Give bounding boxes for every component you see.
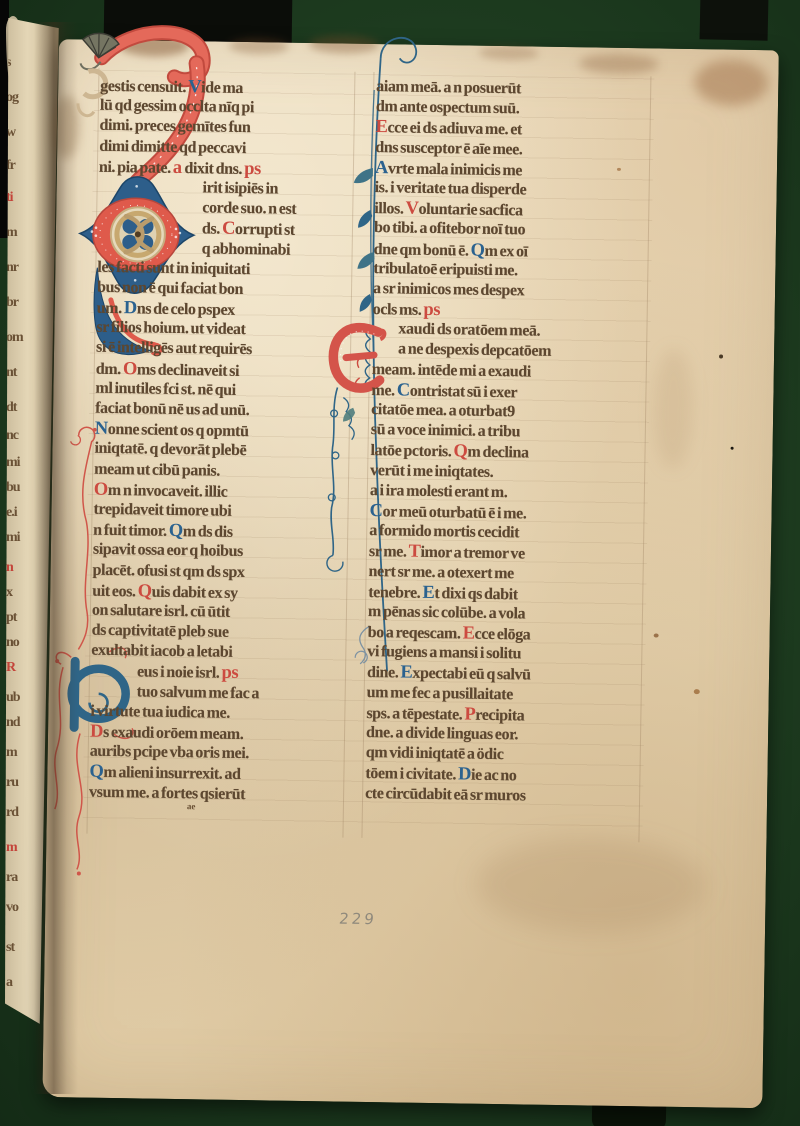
rubric-initial: ps xyxy=(244,159,261,179)
facing-page-text-fragment: pt xyxy=(6,610,16,626)
stain xyxy=(578,53,658,74)
rubric-initial: V xyxy=(405,199,418,219)
line-text: vrte mala inimicis me xyxy=(388,160,522,179)
line-text: ms declinaveit si xyxy=(137,361,239,380)
line-text: is. i veritate tua disperde xyxy=(375,179,527,198)
line-text: ns de celo pspex xyxy=(137,300,235,319)
line-text: dimi. preces gemītes fun xyxy=(99,117,250,136)
facing-page-text-fragment: m xyxy=(6,745,17,761)
catchword: ae xyxy=(187,801,196,811)
line-text: eus i noie isrl. xyxy=(137,664,222,682)
scanner-gap-top-right xyxy=(700,0,769,41)
facing-page-text-fragment: no xyxy=(6,635,19,651)
facing-page-text-fragment: om xyxy=(6,330,23,346)
facing-page-text-fragment: n xyxy=(6,560,13,576)
rubric-initial: Q xyxy=(89,762,103,782)
text-line: ni. pia pate. a dixit dns. ps xyxy=(99,156,355,180)
rubric-initial: C xyxy=(397,380,410,400)
speck xyxy=(694,689,700,694)
line-text: sps. a tēpestate. xyxy=(366,705,464,724)
line-text: ds. xyxy=(202,221,222,238)
stain xyxy=(652,348,694,469)
line-text: m pēnas sic colūbe. a vola xyxy=(368,603,525,622)
facing-page-text-fragment: rd xyxy=(6,805,18,821)
line-text: corde suo. n est xyxy=(202,199,296,217)
line-text: si ē intelligēs aut requirēs xyxy=(96,339,252,358)
rubric-initial: C xyxy=(369,501,382,521)
line-text: lū qd gessim occlta nīq pi xyxy=(100,97,254,116)
facing-page-text-fragment: nc xyxy=(6,428,18,444)
line-text: sipavit ossa eor q hoibus xyxy=(93,541,243,560)
facing-page-text-fragment: mi xyxy=(6,455,20,471)
line-text: placēt. ofusi st qm ds spx xyxy=(92,561,244,580)
line-text: i virtute tua iudica me. xyxy=(90,702,230,721)
line-text: aiam meā. a n posuerūt xyxy=(376,78,521,97)
facing-page-text-fragment: ub xyxy=(6,690,20,706)
line-text: a ne despexis depcatōem xyxy=(398,341,551,360)
facing-page-text-fragment: vo xyxy=(6,900,18,916)
line-text: exultabit iacob a letabi xyxy=(91,642,232,661)
scan-canvas: { "page": { "number": "229", "catchword"… xyxy=(0,0,800,1126)
line-text: illos. xyxy=(374,200,406,217)
line-text: citatōe mea. a oturbat9 xyxy=(371,401,515,420)
line-text: nert sr me. a otexert me xyxy=(368,562,513,581)
line-text: uit eos. xyxy=(92,582,138,600)
facing-page-text-fragment: nd xyxy=(6,715,20,731)
rubric-initial: Q xyxy=(138,581,152,601)
folio-number: 229 xyxy=(338,910,378,929)
facing-page-text-fragment: a xyxy=(6,975,12,991)
rubric-initial: E xyxy=(462,624,474,644)
line-text: dixit dns. xyxy=(184,160,244,178)
line-text: ide ma xyxy=(201,79,243,97)
line-text: irit isipiēs in xyxy=(202,179,278,197)
line-text: m ex oī xyxy=(484,242,527,260)
rubric-initial: E xyxy=(400,663,412,683)
line-text: tribulatoē eripuisti me. xyxy=(373,260,518,279)
rubric-initial: C xyxy=(222,219,235,239)
line-text: tuo salvum me fac a xyxy=(137,683,260,702)
line-text: vsum me. a fortes qsierūt xyxy=(89,783,245,802)
line-text: vi fugiens a mansi i solitu xyxy=(367,643,521,662)
line-text: iniqtatē. q devorāt plebē xyxy=(94,440,246,459)
line-text: s exaudi orōem meam. xyxy=(103,724,244,743)
facing-page-text-fragment: x xyxy=(6,585,12,601)
line-text: meam. intēde mi a exaudi xyxy=(372,361,531,380)
stain xyxy=(694,59,769,106)
manuscript-page: gestis censuit. Vide malū qd gessim occl… xyxy=(42,39,779,1108)
line-text: um me fec a pusillaitate xyxy=(367,684,513,703)
line-text: sū a voce inimici. a tribu xyxy=(371,421,520,440)
line-text: xaudi ds oratōem meā. xyxy=(398,321,540,340)
line-text: faciat bonū nē us ad unū. xyxy=(95,400,249,419)
line-text: gestis censuit. xyxy=(100,78,188,96)
line-text: ontristat sū i exer xyxy=(410,382,518,401)
line-text: a sr inimicos mes despex xyxy=(373,280,524,299)
line-text: oluntarie sacfica xyxy=(418,201,522,220)
line-text: tōem i civitate. xyxy=(365,765,458,783)
line-text: uis dabit ex sy xyxy=(152,583,238,601)
rubric-initial: D xyxy=(90,722,103,742)
speck xyxy=(719,354,723,358)
line-text: m ds dis xyxy=(183,523,233,541)
facing-page-text-fragment: st xyxy=(6,940,14,956)
facing-page-text-fragment: ra xyxy=(6,870,17,886)
rubric-initial: E xyxy=(422,583,434,603)
rubric-initial: Q xyxy=(453,442,467,462)
stain xyxy=(479,46,539,61)
line-text: q abhominabi xyxy=(202,240,291,258)
facing-page-text-fragment: nt xyxy=(6,365,16,381)
line-text: auribs pcipe vba oris mei. xyxy=(90,743,249,762)
line-text: latōe pctoris. xyxy=(370,442,453,460)
text-line: vsum me. a fortes qsierūt xyxy=(89,782,345,806)
rubric-initial: T xyxy=(408,542,420,562)
line-text: a i ira molesti erant m. xyxy=(370,482,508,501)
rubric-initial: ps xyxy=(221,663,238,683)
rubric-initial: a xyxy=(173,158,185,178)
line-text: onne scient os q opmtū xyxy=(108,421,249,440)
rubric-initial: P xyxy=(464,704,475,724)
speck xyxy=(654,633,659,637)
line-text: on salutare isrl. cū ūtit xyxy=(92,602,230,621)
stain xyxy=(475,836,706,935)
line-text: n fuit timor. xyxy=(93,522,169,540)
rubric-initial: N xyxy=(95,419,108,439)
line-text: me. xyxy=(371,382,397,399)
speck xyxy=(731,447,734,450)
facing-page-text-fragment: br xyxy=(6,295,18,311)
facing-page-text-fragment: e.i xyxy=(6,505,17,521)
line-text: m n invocaveit. illic xyxy=(108,482,228,501)
rubric-initial: Q xyxy=(169,521,183,541)
rubric-initial: Q xyxy=(470,240,484,260)
line-text: cte circūdabit eā sr muros xyxy=(365,785,526,805)
line-text: bo a reqescam. xyxy=(368,624,463,642)
line-text: m alieni insurrexit. ad xyxy=(103,764,240,783)
facing-page-text-fragment: R xyxy=(6,660,15,676)
line-text: cce ei ds adiuva me. et xyxy=(387,120,522,139)
line-text: verūt i me iniqtates. xyxy=(370,462,493,481)
line-text: or meū oturbatū ē i me. xyxy=(382,503,526,522)
text-column-left: gestis censuit. Vide malū qd gessim occl… xyxy=(89,76,356,807)
line-text: ie ac no xyxy=(471,767,517,785)
line-text: dne qm bonū ē. xyxy=(374,241,471,260)
line-text: dm. xyxy=(96,360,123,377)
rubric-initial: D xyxy=(124,298,137,318)
line-text: sr filios hoium. ut videat xyxy=(96,319,245,338)
line-text: dm ante ospectum suū. xyxy=(376,98,520,117)
rubric-initial: V xyxy=(188,77,201,97)
line-text: tenebre. xyxy=(368,584,422,602)
facing-page-text-fragment: mi xyxy=(6,530,20,546)
line-text: dimi dimitte qd peccavi xyxy=(99,137,246,156)
line-text: meam ut cibū panis. xyxy=(94,460,220,479)
facing-page-text-fragment: dt xyxy=(6,400,16,416)
line-text: xpectabi eū q salvū xyxy=(412,665,530,684)
rubric-initial: E xyxy=(375,117,387,137)
line-text: ni. pia pate. xyxy=(99,158,173,176)
rubric-initial: O xyxy=(94,479,108,499)
line-text: t dixi qs dabit xyxy=(434,585,518,603)
line-text: imor a tremor ve xyxy=(420,544,524,563)
line-text: orrupti st xyxy=(235,221,295,239)
line-text: bo tibi. a ofitebor noī tuo xyxy=(374,219,525,238)
line-text: ml inutiles fci st. nē qui xyxy=(95,379,236,398)
text-column-right: aiam meā. a n posuerūtdm ante ospectum s… xyxy=(365,77,648,808)
facing-page-text-fragment: n xyxy=(6,1005,13,1021)
line-text: a formido mortis cecidit xyxy=(369,522,519,541)
rubric-initial: D xyxy=(458,765,471,785)
rubric-initial: ps xyxy=(423,300,440,320)
line-text: bus non ē qui faciat bon xyxy=(97,279,243,298)
rubric-initial: O xyxy=(123,359,137,379)
facing-page-text-fragment: bu xyxy=(6,480,20,496)
line-text: um. xyxy=(97,300,124,317)
line-text: ds captivitatē pleb sue xyxy=(92,622,229,641)
facing-page-text-fragment: ru xyxy=(6,775,18,791)
line-text: trepidaveit timore ubi xyxy=(93,501,231,520)
facing-page-text-fragment: m xyxy=(6,840,17,856)
line-text: qm vidi iniqtatē a ödic xyxy=(366,744,504,763)
line-text: dns susceptor ē aīe mee. xyxy=(375,139,522,158)
line-text: ocls ms. xyxy=(373,301,424,319)
line-text: dine. xyxy=(367,664,401,682)
facing-page-text-fragment: nr xyxy=(6,260,18,276)
rubric-initial: A xyxy=(375,158,388,178)
line-text: recipita xyxy=(475,707,524,725)
line-text: sr me. xyxy=(369,543,409,561)
line-text: m declina xyxy=(467,444,528,462)
line-text: dne. a divide linguas eor. xyxy=(366,724,518,743)
text-line: cte circūdabit eā sr muros xyxy=(365,784,637,808)
line-text: les facti sunt in iniquitati xyxy=(97,258,250,277)
line-text: cce elōga xyxy=(474,626,530,644)
